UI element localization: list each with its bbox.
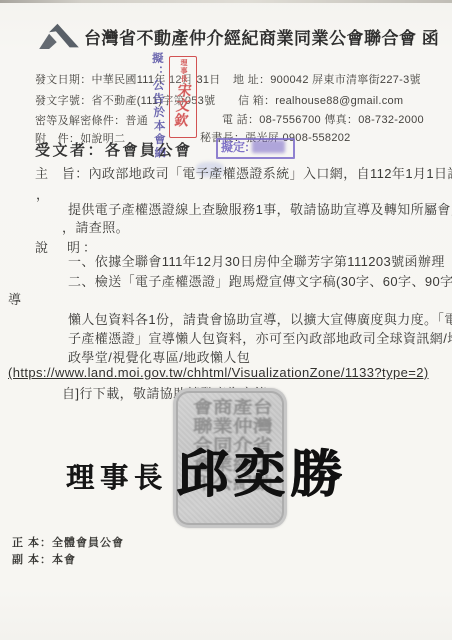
recipient-line: 受文者：各會員公會 [35, 139, 193, 160]
red-stamp-title: 理事長 [178, 59, 188, 83]
scanned-official-letter: 台灣省不動產仲介經紀商業同業公會聯合會 函 發文日期：中華民國111年 12月 … [0, 0, 452, 640]
explanation-item-5: 政學堂/視覺化專區/地政懶人包 [68, 347, 250, 366]
subject-line-3: 提供電子產權憑證線上查驗服務1事，敬請協助宣導及轉知所屬會員 [68, 199, 452, 218]
secrecy-line: 密等及解密條件：普通 [35, 112, 148, 128]
red-stamp-name: 宋文欽 [171, 83, 196, 128]
signature-name: 邱奕勝 [176, 433, 347, 507]
subject-line-2: ， [36, 184, 49, 203]
page-title: 台灣省不動產仲介經紀商業同業公會聯合會 函 [84, 24, 444, 49]
explanation-item-2-wrap: 導 [8, 289, 21, 308]
stamp-smudge [252, 140, 285, 153]
email-line: 信 箱：realhouse88@gmail.com [238, 92, 403, 108]
explanation-item-2: 二、檢送「電子產權憑證」跑馬燈宣傳文字稿(30字、60字、90字)及宣 [68, 271, 452, 290]
phone-fax-line: 電 話：08-7556700 傳真：08-732-2000 [222, 111, 424, 127]
footer-original-copy-line: 正 本：全體會員公會 [12, 534, 124, 550]
scan-edge-artifact [0, 0, 452, 3]
explanation-item-4: 子產權憑證」宣導懶人包資料，亦可至內政部地政司全球資訊網/地 [68, 328, 452, 347]
visualization-zone-link[interactable]: (https://www.land.moi.gov.tw/chhtml/Visu… [8, 365, 429, 380]
address-line: 地 址：900042 屏東市清寧街227-3號 [233, 71, 421, 87]
chairman-red-stamp: 理事長 宋文欽 [169, 56, 197, 138]
explanation-item-3: 懶人包資料各1份，請貴會協助宣導，以擴大宣傳廣度與力度。「電 [68, 309, 452, 328]
explanation-item-1: 一、依據全聯會111年12月30日房仲全聯芳字第111203號函辦理 [68, 251, 445, 270]
subject-line-4: ，請查照。 [62, 217, 129, 236]
footer-duplicate-copy-line: 副 本：本會 [12, 551, 76, 567]
subject-line-1: 主 旨：內政部地政司「電子產權憑證系統」入口網，自112年1月1日試營運 [35, 163, 452, 182]
signature-title: 理事長 [66, 456, 168, 496]
association-roof-logo-icon [36, 20, 82, 52]
